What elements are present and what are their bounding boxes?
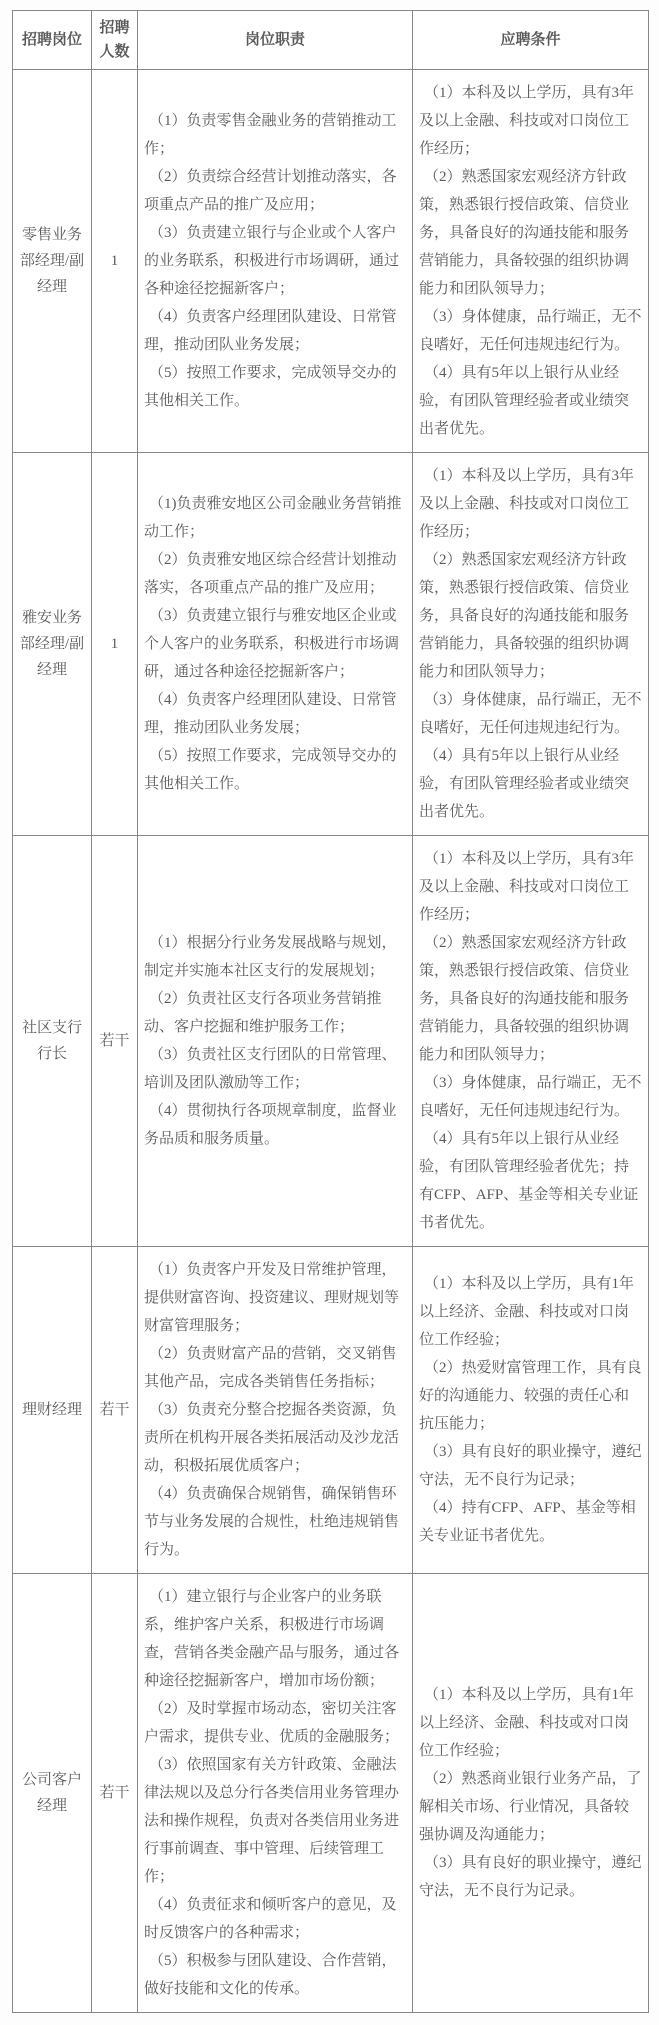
recruitment-table: 招聘岗位 招聘人数 岗位职责 应聘条件 零售业务部经理/副经理 1 （1）负责零… [12,10,649,2013]
condition-item: （4）具有5年以上银行从业经验，有团队管理经验者优先；持有CFP、AFP、基金等… [419,1125,643,1237]
duties-cell: （1）建立银行与企业客户的业务联系，维护客户关系，积极进行市场调查，营销各类金融… [138,1574,413,2013]
condition-item: （2）熟悉国家宏观经济方针政策，熟悉银行授信政策、信贷业务，具备良好的沟通技能和… [419,546,643,686]
condition-item: （3）身体健康，品行端正，无不良嗜好，无任何违规违纪行为。 [419,686,643,742]
condition-item: （1）本科及以上学历，具有3年及以上金融、科技或对口岗位工作经历； [419,462,643,546]
table-row-wealth-manager: 理财经理 若干 （1）负责客户开发及日常维护管理，提供财富咨询、投资建议、理财规… [13,1247,649,1574]
condition-item: （3）具有良好的职业操守，遵纪守法，无不良行为记录。 [419,1849,643,1905]
conditions-cell: （1）本科及以上学历，具有3年及以上金融、科技或对口岗位工作经历； （2）熟悉国… [413,836,649,1247]
table-row-yaan-manager: 雅安业务部经理/副经理 1 （1)负责雅安地区公司金融业务营销推动工作； （2）… [13,453,649,836]
duty-item: （4）负责客户经理团队建设、日常管理，推动团队业务发展； [144,303,407,359]
duties-cell: （1）根据分行业务发展战略与规划，制定并实施本社区支行的发展规划； （2）负责社… [138,836,413,1247]
duty-item: （1）建立银行与企业客户的业务联系，维护客户关系，积极进行市场调查，营销各类金融… [144,1583,407,1695]
header-conditions: 应聘条件 [413,11,649,70]
duty-item: （3）负责充分整合挖掘各类资源，负责所在机构开展各类拓展活动及沙龙活动，积极拓展… [144,1396,407,1480]
duty-item: （2）及时掌握市场动态，密切关注客户需求，提供专业、优质的金融服务； [144,1695,407,1751]
condition-item: （1）本科及以上学历，具有3年及以上金融、科技或对口岗位工作经历； [419,845,643,929]
position-cell: 社区支行行长 [13,836,92,1247]
duties-cell: （1）负责零售金融业务的营销推动工作； （2）负责综合经营计划推动落实，各项重点… [138,70,413,453]
condition-item: （2）熟悉国家宏观经济方针政策，熟悉银行授信政策、信贷业务，具备良好的沟通技能和… [419,163,643,303]
duty-item: （2）负责财富产品的营销，交叉销售其他产品，完成各类销售任务指标； [144,1340,407,1396]
page: 招聘岗位 招聘人数 岗位职责 应聘条件 零售业务部经理/副经理 1 （1）负责零… [0,0,659,2025]
header-position: 招聘岗位 [13,11,92,70]
conditions-cell: （1）本科及以上学历，具有1年以上经济、金融、科技或对口岗位工作经验； （2）热… [413,1247,649,1574]
condition-item: （2）热爱财富管理工作，具有良好的沟通能力、较强的责任心和抗压能力； [419,1354,643,1438]
duty-item: （3）依照国家有关方针政策、金融法律法规以及总分行各类信用业务管理办法和操作规程… [144,1751,407,1891]
duty-item: （4）负责征求和倾听客户的意见，及时反馈客户的各种需求； [144,1891,407,1947]
condition-item: （2）熟悉商业银行业务产品，了解相关市场、行业情况，具备较强协调及沟通能力； [419,1765,643,1849]
conditions-cell: （1）本科及以上学历，具有3年及以上金融、科技或对口岗位工作经历； （2）熟悉国… [413,453,649,836]
duty-item: （2）负责社区支行各项业务营销推动、客户挖掘和维护服务工作； [144,985,407,1041]
duty-item: （4）负责确保合规销售，确保销售环节与业务发展的合规性，杜绝违规销售行为。 [144,1480,407,1564]
table-row-community-branch-head: 社区支行行长 若干 （1）根据分行业务发展战略与规划，制定并实施本社区支行的发展… [13,836,649,1247]
condition-item: （3）身体健康，品行端正，无不良嗜好，无任何违规违纪行为。 [419,1069,643,1125]
duty-item: （2）负责雅安地区综合经营计划推动落实，各项重点产品的推广及应用； [144,546,407,602]
duty-item: （1）负责零售金融业务的营销推动工作； [144,107,407,163]
count-cell: 若干 [92,1247,138,1574]
duty-item: （2）负责综合经营计划推动落实，各项重点产品的推广及应用； [144,163,407,219]
position-cell: 雅安业务部经理/副经理 [13,453,92,836]
condition-item: （3）具有良好的职业操守，遵纪守法，无不良行为记录； [419,1438,643,1494]
duties-cell: （1）负责客户开发及日常维护管理，提供财富咨询、投资建议、理财规划等财富管理服务… [138,1247,413,1574]
duty-item: （4）负责客户经理团队建设、日常管理，推动团队业务发展； [144,686,407,742]
count-cell: 1 [92,70,138,453]
position-cell: 理财经理 [13,1247,92,1574]
condition-item: （1）本科及以上学历，具有1年以上经济、金融、科技或对口岗位工作经验； [419,1270,643,1354]
duty-item: （5）积极参与团队建设、合作营销，做好技能和文化的传承。 [144,1947,407,2003]
duty-item: （1）负责客户开发及日常维护管理，提供财富咨询、投资建议、理财规划等财富管理服务… [144,1256,407,1340]
condition-item: （1）本科及以上学历，具有1年以上经济、金融、科技或对口岗位工作经验； [419,1681,643,1765]
condition-item: （4）具有5年以上银行从业经验，有团队管理经验者或业绩突出者优先。 [419,742,643,826]
header-count: 招聘人数 [92,11,138,70]
duty-item: （3）负责建立银行与企业或个人客户的业务联系，积极进行市场调研，通过各种途径挖掘… [144,219,407,303]
conditions-cell: （1）本科及以上学历，具有1年以上经济、金融、科技或对口岗位工作经验； （2）熟… [413,1574,649,2013]
duty-item: （3）负责建立银行与雅安地区企业或个人客户的业务联系，积极进行市场调研，通过各种… [144,602,407,686]
condition-item: （1）本科及以上学历，具有3年及以上金融、科技或对口岗位工作经历； [419,79,643,163]
condition-item: （3）身体健康，品行端正，无不良嗜好，无任何违规违纪行为。 [419,303,643,359]
count-cell: 若干 [92,836,138,1247]
table-row-corporate-account-manager: 公司客户经理 若干 （1）建立银行与企业客户的业务联系，维护客户关系，积极进行市… [13,1574,649,2013]
condition-item: （2）熟悉国家宏观经济方针政策，熟悉银行授信政策、信贷业务，具备良好的沟通技能和… [419,929,643,1069]
conditions-cell: （1）本科及以上学历，具有3年及以上金融、科技或对口岗位工作经历； （2）熟悉国… [413,70,649,453]
duties-cell: （1)负责雅安地区公司金融业务营销推动工作； （2）负责雅安地区综合经营计划推动… [138,453,413,836]
condition-item: （4）持有CFP、AFP、基金等相关专业证书者优先。 [419,1494,643,1550]
duty-item: （1)负责雅安地区公司金融业务营销推动工作； [144,490,407,546]
duty-item: （4）贯彻执行各项规章制度，监督业务品质和服务质量。 [144,1097,407,1153]
count-cell: 1 [92,453,138,836]
position-cell: 公司客户经理 [13,1574,92,2013]
position-cell: 零售业务部经理/副经理 [13,70,92,453]
header-duties: 岗位职责 [138,11,413,70]
duty-item: （5）按照工作要求，完成领导交办的其他相关工作。 [144,359,407,415]
condition-item: （4）具有5年以上银行从业经验，有团队管理经验者或业绩突出者优先。 [419,359,643,443]
duty-item: （1）根据分行业务发展战略与规划，制定并实施本社区支行的发展规划； [144,929,407,985]
duty-item: （3）负责社区支行团队的日常管理、培训及团队激励等工作； [144,1041,407,1097]
table-row-retail-manager: 零售业务部经理/副经理 1 （1）负责零售金融业务的营销推动工作； （2）负责综… [13,70,649,453]
count-cell: 若干 [92,1574,138,2013]
header-row: 招聘岗位 招聘人数 岗位职责 应聘条件 [13,11,649,70]
duty-item: （5）按照工作要求，完成领导交办的其他相关工作。 [144,742,407,798]
